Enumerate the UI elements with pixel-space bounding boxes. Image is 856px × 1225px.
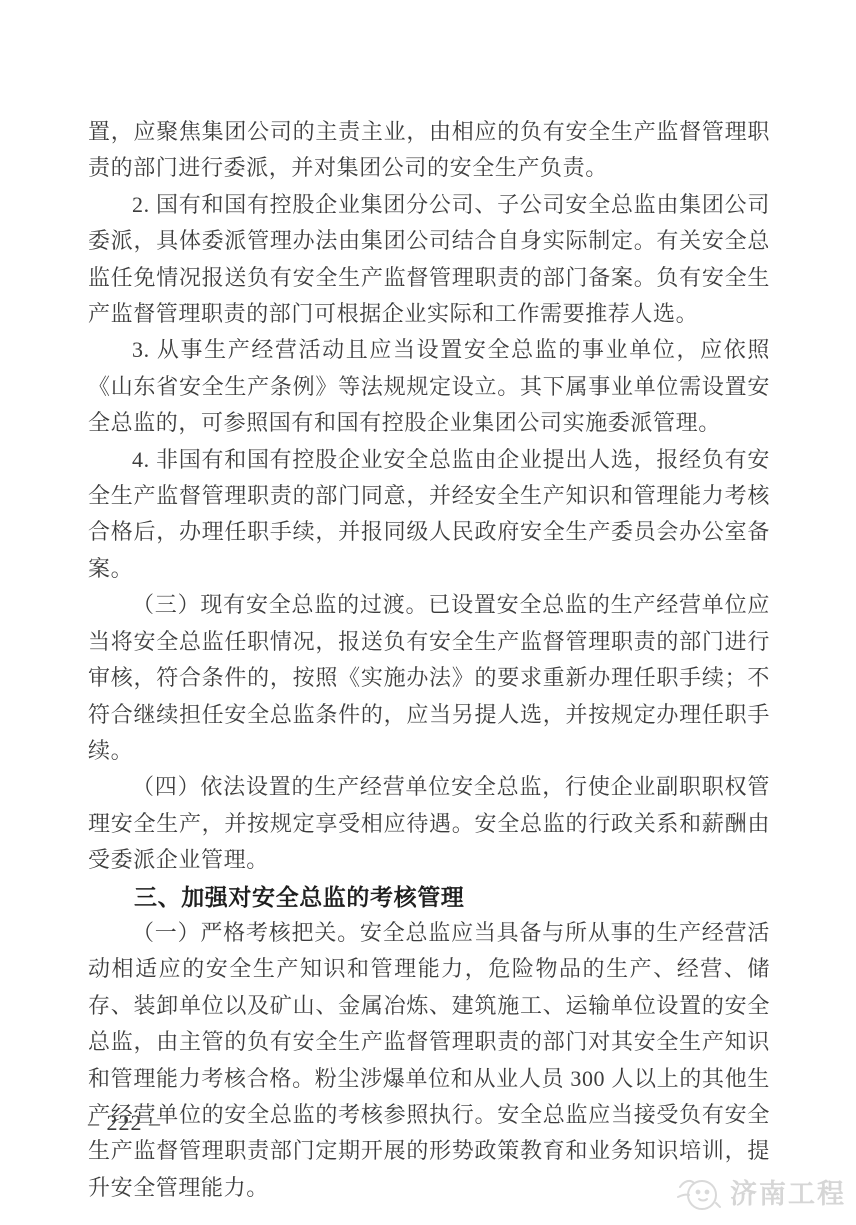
watermark: 济南工程 <box>674 1167 846 1215</box>
document-body: 置，应聚焦集团公司的主责主业，由相应的负有安全生产监督管理职责的部门进行委派，并… <box>88 114 770 1206</box>
paragraph-item-4: 4. 非国有和国有控股企业安全总监由企业提出人选，报经负有安全生产监督管理职责的… <box>88 442 770 588</box>
watermark-text: 济南工程 <box>730 1172 846 1211</box>
section-heading: 三、加强对安全总监的考核管理 <box>88 879 770 915</box>
mascot-logo-icon <box>674 1167 724 1215</box>
paragraph-item-2: 2. 国有和国有控股企业集团分公司、子公司安全总监由集团公司委派，具体委派管理办… <box>88 187 770 333</box>
paragraph-clause-3: （三）现有安全总监的过渡。已设置安全总监的生产经营单位应当将安全总监任职情况，报… <box>88 587 770 769</box>
page-number: – 222 – <box>88 1110 161 1136</box>
paragraph-clause-4: （四）依法设置的生产经营单位安全总监，行使企业副职职权管理安全生产，并按规定享受… <box>88 769 770 878</box>
paragraph-clause-1: （一）严格考核把关。安全总监应当具备与所从事的生产经营活动相适应的安全生产知识和… <box>88 915 770 1206</box>
paragraph-item-3: 3. 从事生产经营活动且应当设置安全总监的事业单位，应依照《山东省安全生产条例》… <box>88 332 770 441</box>
document-page: 置，应聚焦集团公司的主责主业，由相应的负有安全生产监督管理职责的部门进行委派，并… <box>0 0 856 1225</box>
paragraph-continuation: 置，应聚焦集团公司的主责主业，由相应的负有安全生产监督管理职责的部门进行委派，并… <box>88 114 770 187</box>
